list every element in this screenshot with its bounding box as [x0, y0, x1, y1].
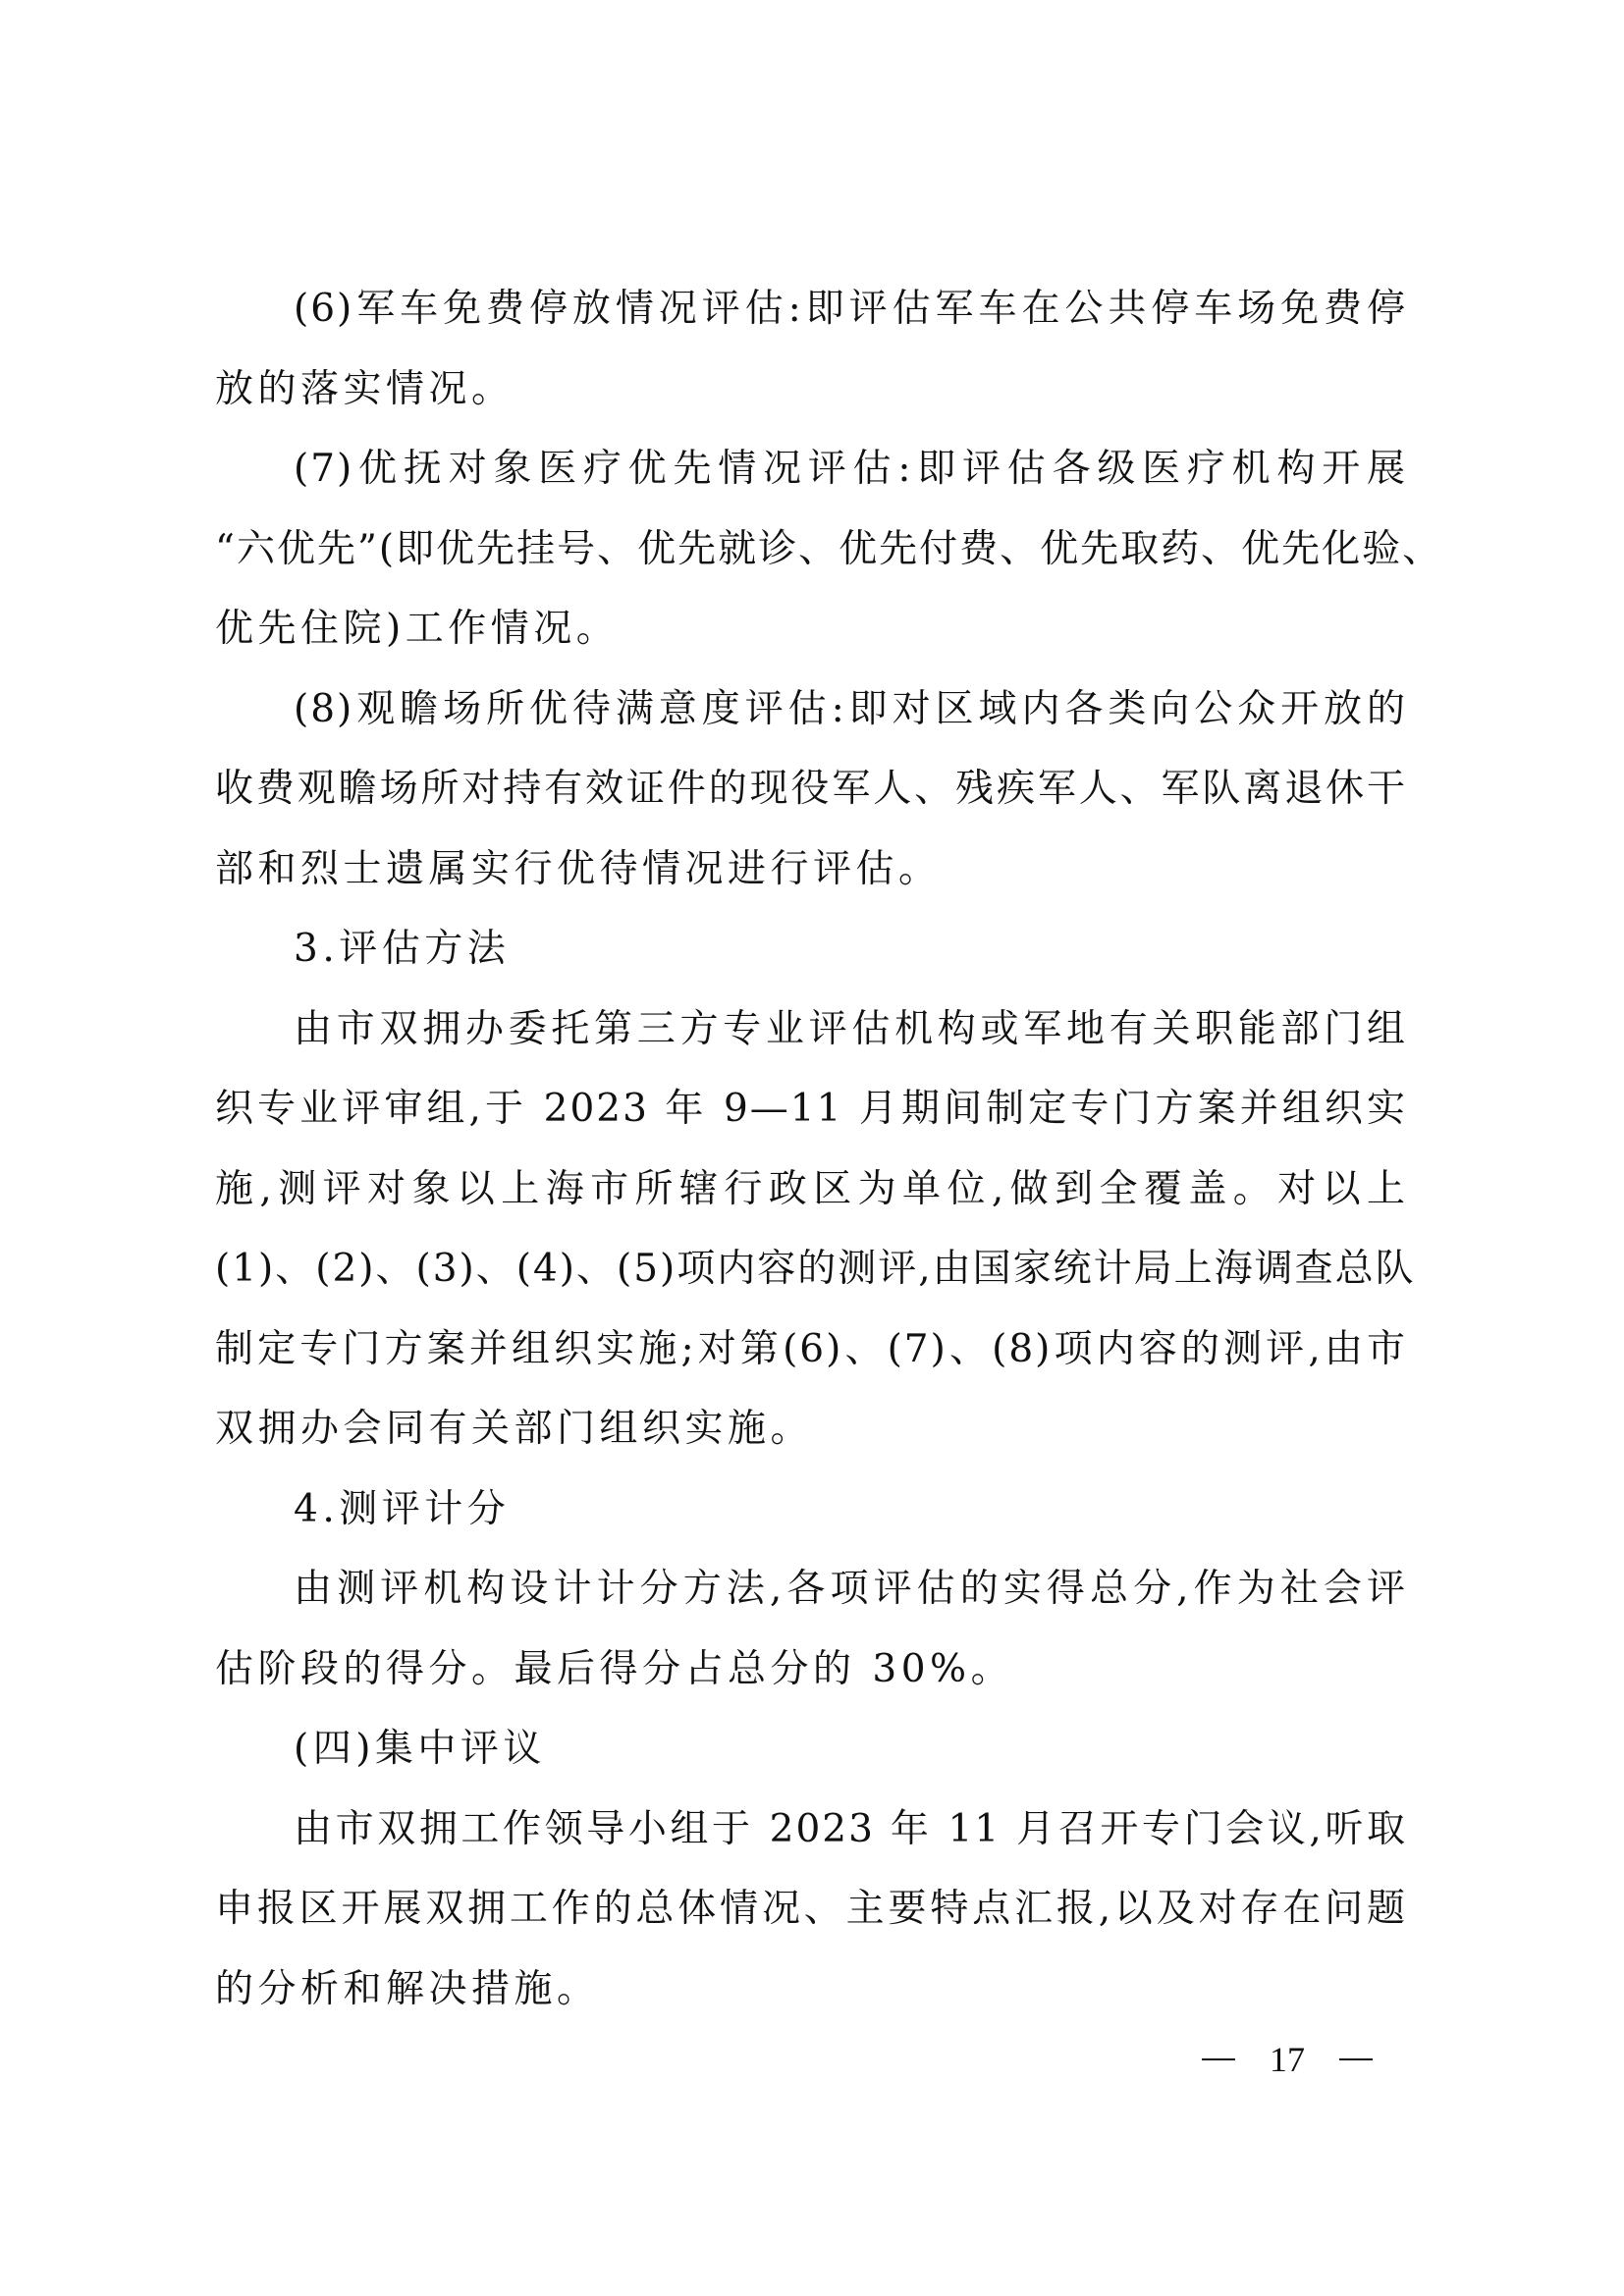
- text-line: 估阶段的得分。最后得分占总分的 30%。: [215, 1647, 1013, 1692]
- text-line: “六优先”(即优先挂号、优先就诊、优先付费、优先取药、优先化验、: [215, 527, 1407, 572]
- dash-right: [1339, 2058, 1373, 2060]
- document-page: (6)军车免费停放情况评估:即评估军车在公共停车场免费停放的落实情况。(7)优抚…: [0, 0, 1624, 2296]
- text-line: (1)、(2)、(3)、(4)、(5)项内容的测评,由国家统计局上海调查总队: [215, 1247, 1407, 1292]
- page-number-value: 17: [1270, 2039, 1305, 2080]
- text-line: 由市双拥工作领导小组于 2023 年 11 月召开专门会议,听取: [294, 1807, 1407, 1852]
- text-line: 3.评估方法: [294, 927, 510, 972]
- text-line: (四)集中评议: [294, 1727, 546, 1772]
- text-line: 放的落实情况。: [215, 367, 514, 412]
- text-line: 4.测评计分: [294, 1487, 510, 1532]
- page-number: 17: [1202, 2038, 1373, 2081]
- text-line: (6)军车免费停放情况评估:即评估军车在公共停车场免费停: [294, 287, 1407, 332]
- text-line: 由市双拥办委托第三方专业评估机构或军地有关职能部门组: [294, 1007, 1407, 1052]
- text-line: 织专业评审组,于 2023 年 9—11 月期间制定专门方案并组织实: [215, 1087, 1407, 1132]
- text-line: 施,测评对象以上海市所辖行政区为单位,做到全覆盖。对以上: [215, 1167, 1407, 1212]
- text-line: (7)优抚对象医疗优先情况评估:即评估各级医疗机构开展: [294, 447, 1407, 492]
- text-line: 的分析和解决措施。: [215, 1967, 600, 2012]
- text-line: 申报区开展双拥工作的总体情况、主要特点汇报,以及对存在问题: [215, 1887, 1407, 1932]
- text-line: (8)观瞻场所优待满意度评估:即对区域内各类向公众开放的: [294, 687, 1407, 732]
- text-line: 收费观瞻场所对持有效证件的现役军人、残疾军人、军队离退休干: [215, 767, 1407, 812]
- text-line: 制定专门方案并组织实施;对第(6)、(7)、(8)项内容的测评,由市: [215, 1327, 1407, 1372]
- text-line: 双拥办会同有关部门组织实施。: [215, 1407, 813, 1452]
- text-line: 由测评机构设计计分方法,各项评估的实得总分,作为社会评: [294, 1567, 1407, 1612]
- text-line: 部和烈士遗属实行优待情况进行评估。: [215, 847, 942, 892]
- dash-left: [1202, 2058, 1235, 2060]
- text-line: 优先住院)工作情况。: [215, 607, 619, 652]
